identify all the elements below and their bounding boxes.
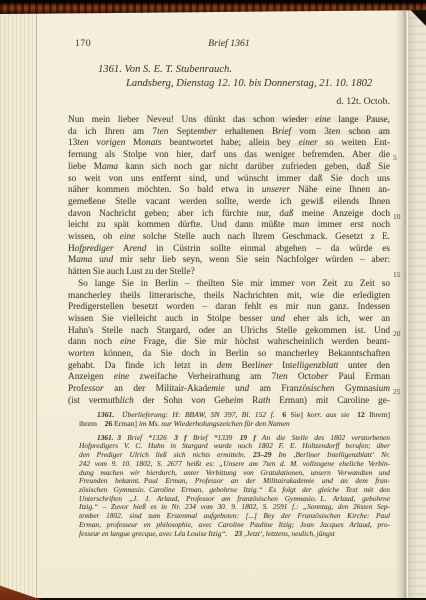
letter-text-line: mancherley theils litterarische, theils …	[68, 291, 390, 303]
book-page: 170 Brief 1361 1361. Von S. E. T. Stuben…	[0, 9, 426, 598]
letter-text-line: So lange Sie in Berlin – theilten Sie mi…	[68, 279, 390, 291]
letter-text-line: gehabt. Da finde ich letzt in dem Berlin…	[68, 361, 390, 373]
commentary-footnote: 1361. 3 Brief *1326 3 f Brief *1339 19 f…	[79, 434, 390, 538]
letter-text-line: (ist vermuthlich der Sohn von Geheim Rat…	[68, 396, 390, 408]
letter-body: Nun mein lieber Neveu! Uns dünkt das sch…	[68, 115, 390, 408]
letter-text-line: wissen, ob eine solche Stelle auch nach …	[68, 232, 390, 244]
letter-text-line: 13ten vorigen Monats beantwortet habe; a…	[68, 138, 390, 150]
commentary-line: fesseur en langue grecque, avec Léa Loui…	[79, 530, 390, 539]
letter-text-line: hätten Sie auch Lust zu der Stelle?	[68, 267, 390, 279]
letter-text-line: worten können, da Sie doch in Berlin so …	[68, 349, 390, 361]
letter-heading: 1361. Von S. E. T. Stubenrauch. Landsber…	[68, 63, 390, 91]
letter-text-line: so weit von uns entfernt sind, und wünsc…	[68, 174, 390, 186]
letter-text-line: gemeßene Stelle vacant werden sollte, we…	[68, 197, 390, 209]
letter-text-line: wissen Sie vielleicht auch in Stolpe bes…	[68, 314, 390, 326]
letter-text-line: liebe Mama kann sich noch gar nicht darü…	[68, 162, 390, 174]
letter-text-line: davon Nachricht geben; aber ich fürchte …	[68, 209, 390, 221]
letter-number-sender: 1361. Von S. E. T. Stubenrauch.	[98, 63, 390, 77]
page-header: 170 Brief 1361	[68, 38, 390, 50]
page-crease-shadow	[395, 9, 409, 598]
apparatus-footnote: 1361. Überlieferung: H: BBAW, SN 397, Bl…	[79, 410, 390, 429]
letter-place-date: Landsberg, Dienstag 12. 10. bis Donnerst…	[126, 77, 390, 91]
apparatus-line: ihrem 26 Erman] im Ms. nur Wiederholungs…	[79, 419, 390, 429]
dateline: d. 12t. Octob.	[68, 96, 390, 108]
page-fore-edge	[0, 9, 37, 598]
letter-text-line: dann noch eine Frage, die Sie mir höchst…	[68, 337, 390, 349]
letter-text-line: fernung als Stolpe von hier, darf uns da…	[68, 150, 390, 162]
letter-text-line: Professor an der Militair-Akademie und a…	[68, 384, 390, 396]
letter-text-line: Hahn's Stelle nach Stargard, oder an Ulr…	[68, 326, 390, 338]
running-head: Brief 1361	[68, 38, 390, 50]
letter-text-line: Hofprediger Arend in Cüstrin sollte einm…	[68, 244, 390, 256]
letter-text-line: Mama und mir sehr lieb seyn, wenn Sie se…	[68, 255, 390, 267]
letter-text-line: Anzeigen eine zweifache Verheirathung am…	[68, 372, 390, 384]
letter-text-line: Nun mein lieber Neveu! Uns dünkt das sch…	[68, 115, 390, 127]
apparatus-line: 1361. Überlieferung: H: BBAW, SN 397, Bl…	[79, 410, 390, 420]
book-photo: 170 Brief 1361 1361. Von S. E. T. Stuben…	[0, 0, 426, 600]
letter-text-line: Predigerstellen besetzt worden – daran f…	[68, 302, 390, 314]
page-content: 170 Brief 1361 1361. Von S. E. T. Stuben…	[68, 38, 390, 538]
letter-text-line: da ich Ihren am 7ten September erhaltene…	[68, 127, 390, 139]
facing-page-edge	[409, 9, 426, 598]
letter-text-line: näher kommen möchten. So bald etwa in un…	[68, 185, 390, 197]
letter-text-line: leicht zu spät kommen dürfte. Und dann m…	[68, 220, 390, 232]
